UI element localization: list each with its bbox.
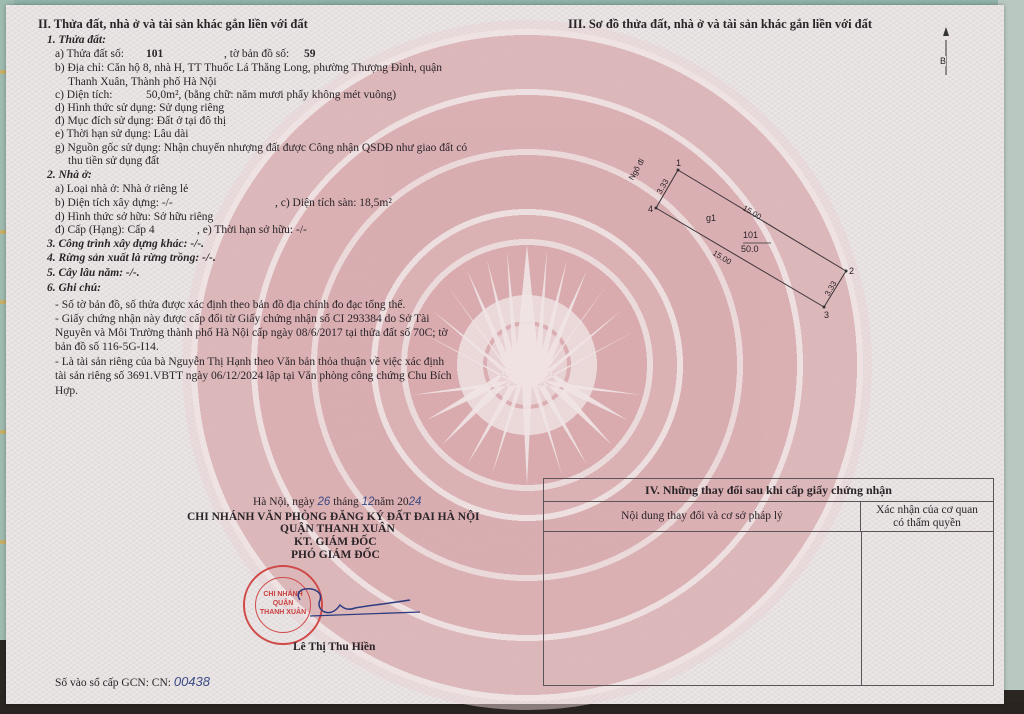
section-iv-title: IV. Những thay đổi sau khi cấp giấy chứn… <box>544 479 993 502</box>
column-header-changes: Nội dung thay đổi và cơ sở pháp lý <box>544 501 861 532</box>
changes-table: IV. Những thay đổi sau khi cấp giấy chứn… <box>543 478 994 686</box>
parcel-class-label: g1 <box>706 213 716 223</box>
vertex-1: 1 <box>676 158 681 168</box>
column-header-confirmation: Xác nhận của cơ quan có thẩm quyền <box>861 501 993 532</box>
diagram-parcel-number: 101 <box>743 230 758 240</box>
diagram-parcel-area: 50.0 <box>741 244 759 254</box>
vertex-2: 2 <box>849 266 854 276</box>
vertex-3: 3 <box>824 310 829 320</box>
north-arrow-icon <box>943 27 949 36</box>
north-label: B <box>940 56 946 66</box>
vertex-4: 4 <box>648 204 653 214</box>
